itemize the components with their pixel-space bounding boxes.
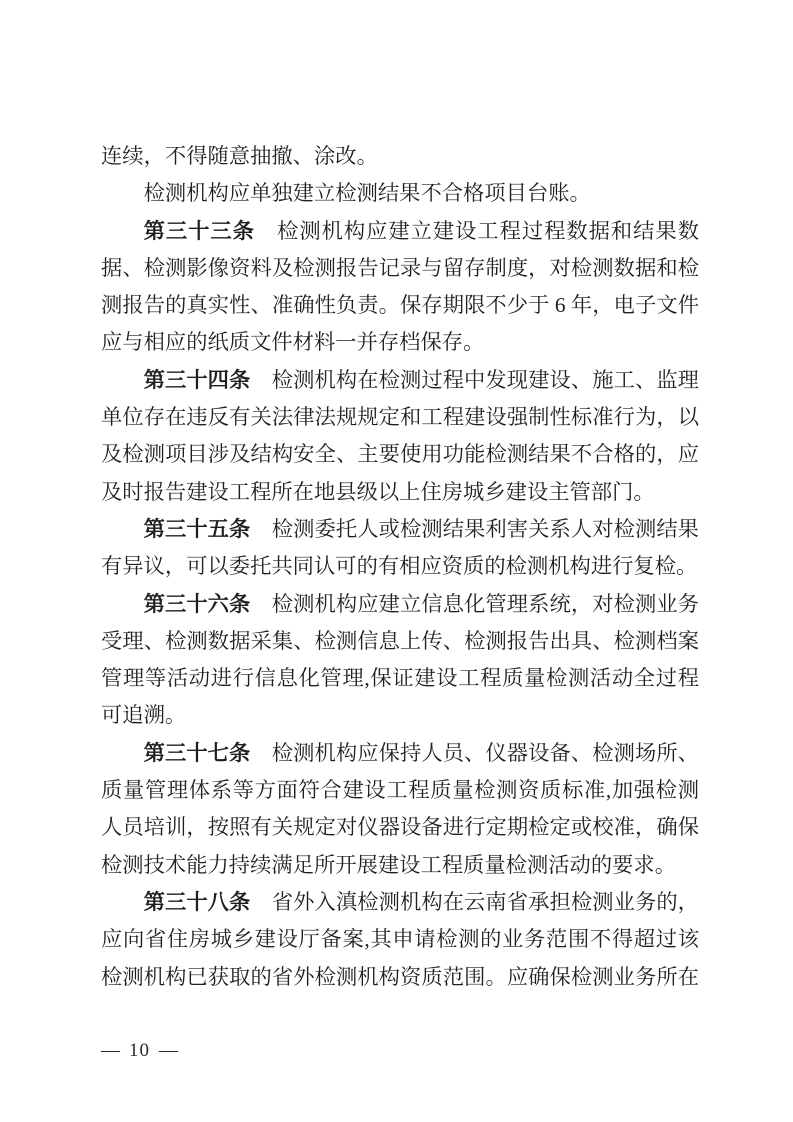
text-line: 应向省住房城乡建设厅备案,其申请检测的业务范围不得超过该 — [101, 921, 699, 958]
page-footer: —10— — [101, 1040, 178, 1062]
page-number: 10 — [129, 1040, 150, 1061]
text-line: 受理、检测数据采集、检测信息上传、检测报告出具、检测档案 — [101, 623, 699, 660]
text-segment: 检测委托人或检测结果利害关系人对检测结果 — [250, 517, 699, 541]
text-line: 检测机构应单独建立检测结果不合格项目台账。 — [101, 175, 699, 212]
text-line: 应与相应的纸质文件材料一并存档保存。 — [101, 324, 699, 361]
text-line: 质量管理体系等方面符合建设工程质量检测资质标准,加强检测 — [101, 772, 699, 809]
text-line: 第三十五条 检测委托人或检测结果利害关系人对检测结果 — [101, 511, 699, 548]
article-number-label: 第三十八条 — [144, 890, 251, 914]
footer-dash-left: — — [101, 1040, 120, 1061]
text-line: 检测技术能力持续满足所开展建设工程质量检测活动的要求。 — [101, 847, 699, 884]
paragraph: 第三十六条 检测机构应建立信息化管理系统，对检测业务 受理、检测数据采集、检测信… — [101, 586, 699, 735]
text-segment: 检测机构应建立建设工程过程数据和结果数 — [255, 219, 699, 243]
text-line: 管理等活动进行信息化管理,保证建设工程质量检测活动全过程 — [101, 660, 699, 697]
text-line: 有异议，可以委托共同认可的有相应资质的检测机构进行复检。 — [101, 548, 699, 585]
paragraph: 检测机构应单独建立检测结果不合格项目台账。 — [101, 175, 699, 212]
text-line: 及检测项目涉及结构安全、主要使用功能检测结果不合格的，应 — [101, 436, 699, 473]
paragraph: 第三十八条 省外入滇检测机构在云南省承担检测业务的， 应向省住房城乡建设厅备案,… — [101, 884, 699, 996]
paragraph: 连续，不得随意抽撤、涂改。 — [101, 138, 699, 175]
article-number-label: 第三十三条 — [144, 219, 255, 243]
article-number-label: 第三十五条 — [144, 517, 251, 541]
document-page: 连续，不得随意抽撤、涂改。 检测机构应单独建立检测结果不合格项目台账。 第三十三… — [0, 0, 793, 1122]
paragraph: 第三十四条 检测机构在检测过程中发现建设、施工、监理 单位存在违反有关法律法规规… — [101, 362, 699, 511]
text-block: 连续，不得随意抽撤、涂改。 检测机构应单独建立检测结果不合格项目台账。 第三十三… — [101, 138, 699, 996]
text-line: 测报告的真实性、准确性负责。保存期限不少于 6 年，电子文件 — [101, 287, 699, 324]
footer-dash-right: — — [159, 1040, 178, 1061]
text-segment: 检测机构应保持人员、仪器设备、检测场所、 — [250, 741, 699, 765]
text-line: 第三十六条 检测机构应建立信息化管理系统，对检测业务 — [101, 586, 699, 623]
text-line: 单位存在违反有关法律法规规定和工程建设强制性标准行为，以 — [101, 399, 699, 436]
text-segment: 检测机构在检测过程中发现建设、施工、监理 — [250, 368, 699, 392]
text-line: 人员培训，按照有关规定对仪器设备进行定期检定或校准，确保 — [101, 809, 699, 846]
text-line: 第三十三条 检测机构应建立建设工程过程数据和结果数 — [101, 213, 699, 250]
text-line: 及时报告建设工程所在地县级以上住房城乡建设主管部门。 — [101, 474, 699, 511]
text-line: 可追溯。 — [101, 697, 699, 734]
text-line: 据、检测影像资料及检测报告记录与留存制度，对检测数据和检 — [101, 250, 699, 287]
text-line: 第三十四条 检测机构在检测过程中发现建设、施工、监理 — [101, 362, 699, 399]
paragraph: 第三十三条 检测机构应建立建设工程过程数据和结果数 据、检测影像资料及检测报告记… — [101, 213, 699, 362]
text-segment: 省外入滇检测机构在云南省承担检测业务的， — [250, 890, 699, 914]
paragraph: 第三十七条 检测机构应保持人员、仪器设备、检测场所、 质量管理体系等方面符合建设… — [101, 735, 699, 884]
text-segment: 检测机构应建立信息化管理系统，对检测业务 — [250, 592, 699, 616]
text-line: 第三十八条 省外入滇检测机构在云南省承担检测业务的， — [101, 884, 699, 921]
text-line: 连续，不得随意抽撤、涂改。 — [101, 138, 699, 175]
article-number-label: 第三十四条 — [144, 368, 251, 392]
text-line: 检测机构已获取的省外检测机构资质范围。应确保检测业务所在 — [101, 959, 699, 996]
paragraph: 第三十五条 检测委托人或检测结果利害关系人对检测结果 有异议，可以委托共同认可的… — [101, 511, 699, 586]
article-number-label: 第三十七条 — [144, 741, 251, 765]
article-number-label: 第三十六条 — [144, 592, 251, 616]
text-line: 第三十七条 检测机构应保持人员、仪器设备、检测场所、 — [101, 735, 699, 772]
